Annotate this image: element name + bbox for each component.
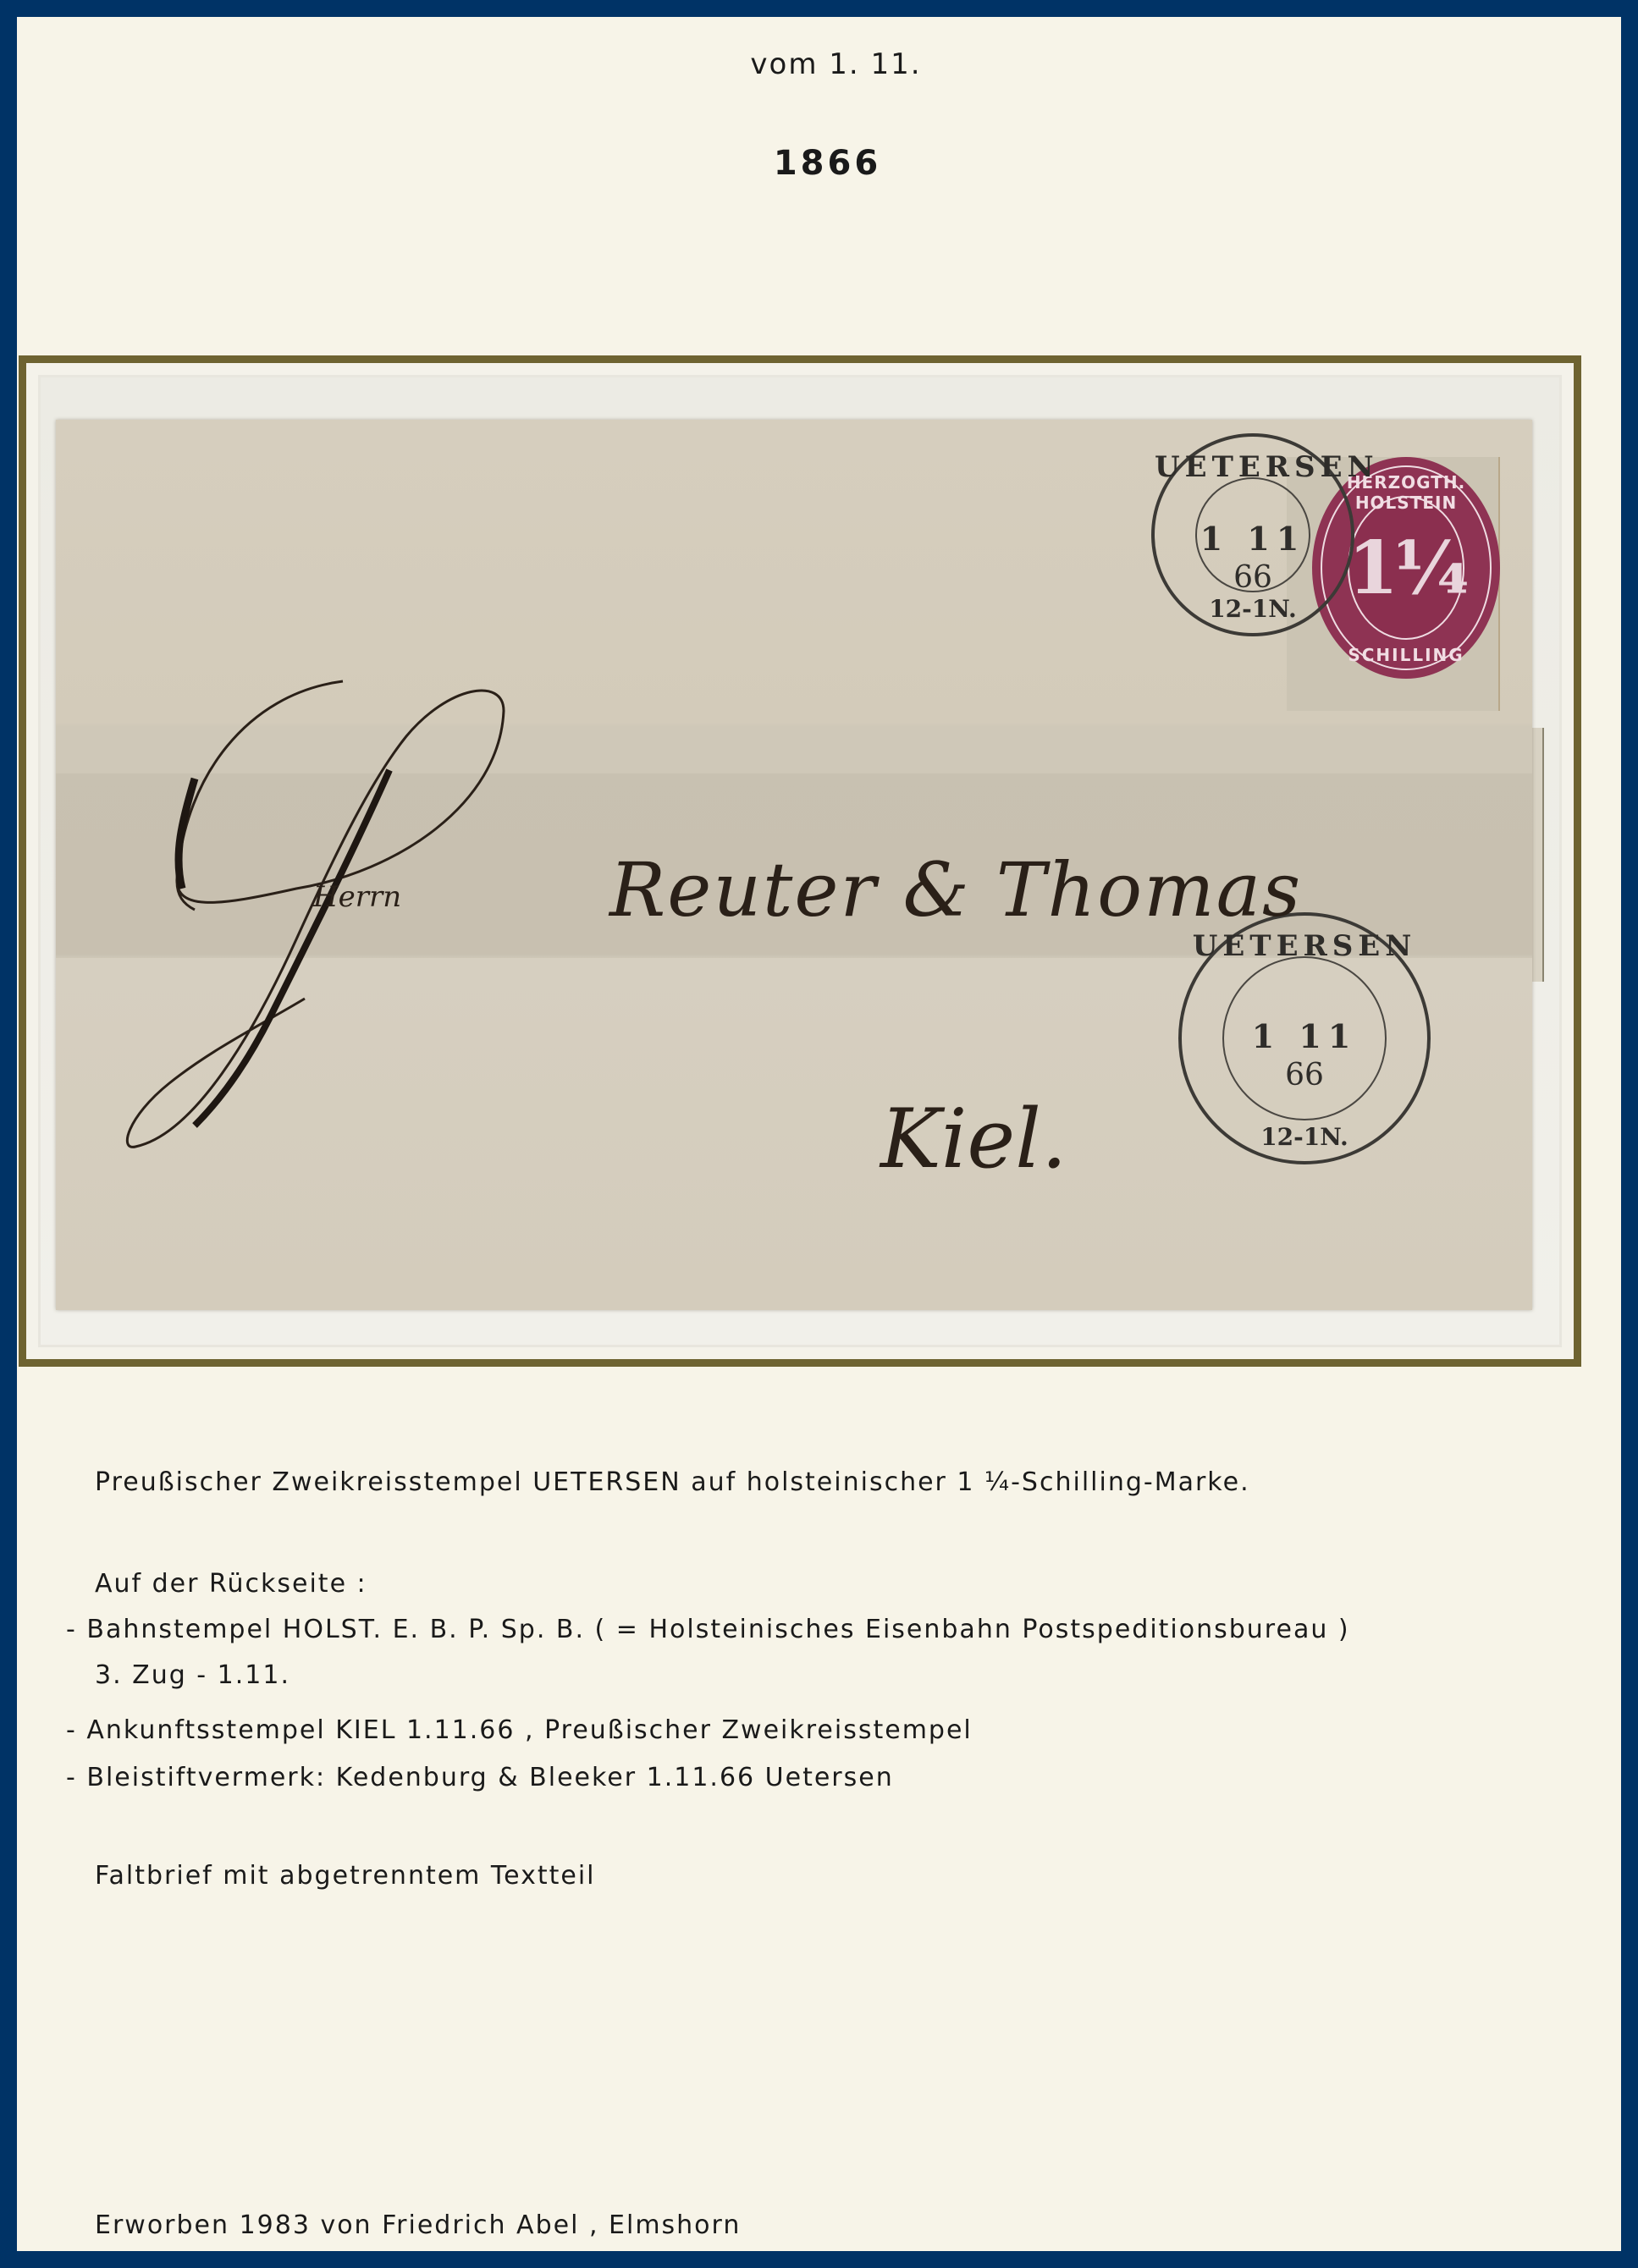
reverse-heading: Auf der Rückseite : (95, 1569, 367, 1599)
postmark-day-month: 1 11 (1155, 520, 1351, 558)
postmark-on-stamp: UETERSEN 1 11 66 12-1N. (1151, 433, 1354, 636)
page-year: 1866 (17, 144, 1630, 183)
reverse-item-train: 3. Zug - 1.11. (95, 1660, 290, 1690)
stamp-denomination: 1¼ (1348, 526, 1464, 611)
handwritten-h-flourish (119, 660, 559, 1185)
address-city: Kiel. (880, 1092, 1067, 1186)
postmark-town: UETERSEN (1182, 929, 1427, 963)
page-date-label: vom 1. 11. (17, 47, 1638, 81)
postmark-main: UETERSEN 1 11 66 12-1N. (1178, 912, 1431, 1164)
reverse-item-pencil-note: - Bleistiftvermerk: Kedenburg & Bleeker … (66, 1763, 894, 1792)
description-note: Faltbrief mit abgetrenntem Textteil (95, 1861, 596, 1891)
postmark-year: 66 (1155, 560, 1351, 595)
postmark-hour: 12-1N. (1155, 595, 1351, 623)
address-salutation: Herrn (313, 880, 401, 914)
reverse-item-arrival-stamp: - Ankunftsstempel KIEL 1.11.66 , Preußis… (66, 1715, 973, 1745)
postmark-town: UETERSEN (1155, 450, 1351, 484)
folded-flap-edge (1530, 728, 1544, 982)
stamp-bottom-inscription: SCHILLING (1312, 645, 1500, 665)
postmark-hour: 12-1N. (1182, 1123, 1427, 1151)
postmark-day-month: 1 11 (1182, 1017, 1427, 1055)
description-main: Preußischer Zweikreisstempel UETERSEN au… (95, 1467, 1250, 1497)
provenance-note: Erworben 1983 von Friedrich Abel , Elmsh… (95, 2210, 741, 2240)
reverse-item-railway-stamp: - Bahnstempel HOLST. E. B. P. Sp. B. ( =… (66, 1615, 1350, 1644)
address-addressee: Reuter & Thomas (609, 846, 1302, 933)
postmark-year: 66 (1182, 1058, 1427, 1093)
